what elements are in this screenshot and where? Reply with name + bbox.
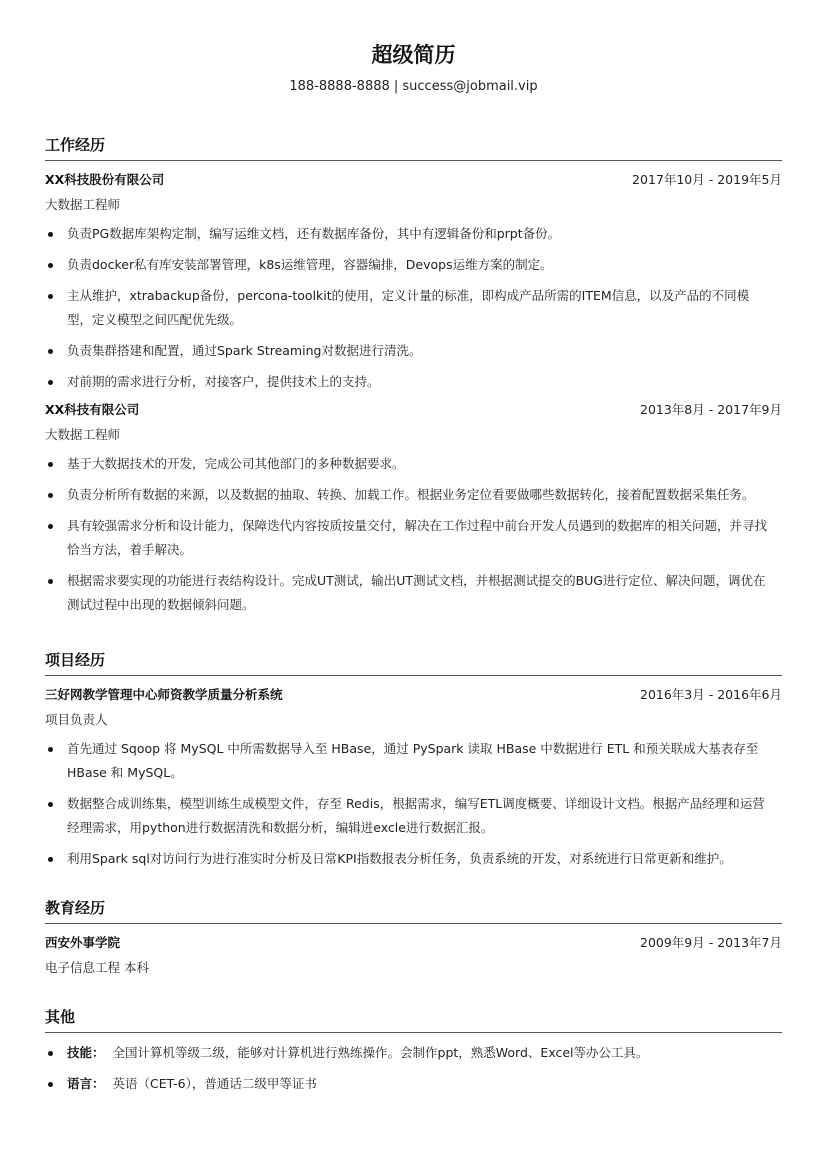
skills-text: 全国计算机等级二级，能够对计算机进行熟练操作。会制作ppt，熟悉Word、Exc… [113, 1045, 649, 1060]
bullet-icon [48, 349, 53, 354]
list-item: 首先通过 Sqoop 将 MySQL 中所需数据导入至 HBase，通过 PyS… [45, 737, 767, 785]
job-title: 大数据工程师 [45, 195, 782, 215]
section-title-projects: 项目经历 [45, 649, 782, 676]
education-entry: 西安外事学院 2009年9月 - 2013年7月 电子信息工程 本科 [45, 933, 782, 978]
job-title: 大数据工程师 [45, 425, 782, 445]
work-entry: XX科技股份有限公司 2017年10月 - 2019年5月 大数据工程师 负责P… [45, 170, 782, 394]
work-entry: XX科技有限公司 2013年8月 - 2017年9月 大数据工程师 基于大数据技… [45, 400, 782, 617]
list-item: 对前期的需求进行分析，对接客户，提供技术上的支持。 [45, 370, 767, 394]
bullet-icon [48, 747, 53, 752]
date-range: 2013年8月 - 2017年9月 [640, 400, 782, 420]
bullet-icon [48, 1082, 53, 1087]
bullet-icon [48, 493, 53, 498]
skills-label: 技能： [67, 1045, 105, 1060]
bullet-icon [48, 1051, 53, 1056]
date-range: 2017年10月 - 2019年5月 [632, 170, 782, 190]
degree: 电子信息工程 本科 [45, 958, 782, 978]
project-role: 项目负责人 [45, 710, 782, 730]
bullet-icon [48, 294, 53, 299]
bullet-icon [48, 380, 53, 385]
project-detail-list: 首先通过 Sqoop 将 MySQL 中所需数据导入至 HBase，通过 PyS… [45, 737, 782, 871]
bullet-icon [48, 462, 53, 467]
list-item: 负责分析所有数据的来源，以及数据的抽取、转换、加载工作。根据业务定位看要做哪些数… [45, 483, 767, 507]
bullet-icon [48, 232, 53, 237]
list-item: 语言：英语（CET-6），普通话二级甲等证书 [45, 1072, 767, 1096]
section-other: 其他 技能：全国计算机等级二级，能够对计算机进行熟练操作。会制作ppt，熟悉Wo… [45, 1006, 782, 1103]
list-item: 负责docker私有库安装部署管理，k8s运维管理，容器编排，Devops运维方… [45, 253, 767, 277]
bullet-icon [48, 263, 53, 268]
company-name: XX科技有限公司 [45, 400, 139, 420]
section-projects: 项目经历 三好网教学管理中心师资教学质量分析系统 2016年3月 - 2016年… [45, 649, 782, 878]
list-item: 利用Spark sql对访问行为进行准实时分析及日常KPI指数报表分析任务，负责… [45, 847, 767, 871]
bullet-icon [48, 524, 53, 529]
list-item: 技能：全国计算机等级二级，能够对计算机进行熟练操作。会制作ppt，熟悉Word、… [45, 1041, 767, 1065]
project-name: 三好网教学管理中心师资教学质量分析系统 [45, 685, 283, 705]
list-item: 根据需求要实现的功能进行表结构设计。完成UT测试，输出UT测试文档，并根据测试提… [45, 569, 767, 617]
bullet-icon [48, 857, 53, 862]
list-item: 数据整合成训练集，模型训练生成模型文件，存至 Redis，根据需求，编写ETL调… [45, 792, 767, 840]
date-range: 2016年3月 - 2016年6月 [640, 685, 782, 705]
bullet-icon [48, 579, 53, 584]
project-entry: 三好网教学管理中心师资教学质量分析系统 2016年3月 - 2016年6月 项目… [45, 685, 782, 871]
date-range: 2009年9月 - 2013年7月 [640, 933, 782, 953]
list-item: 基于大数据技术的开发，完成公司其他部门的多种数据要求。 [45, 452, 767, 476]
resume-name: 超级简历 [45, 40, 782, 70]
section-title-work: 工作经历 [45, 134, 782, 161]
responsibility-list: 负责PG数据库架构定制，编写运维文档，还有数据库备份，其中有逻辑备份和prpt备… [45, 222, 782, 394]
other-list: 技能：全国计算机等级二级，能够对计算机进行熟练操作。会制作ppt，熟悉Word、… [45, 1041, 782, 1096]
list-item: 主从维护，xtrabackup备份，percona-toolkit的使用，定义计… [45, 284, 767, 332]
list-item: 负责PG数据库架构定制，编写运维文档，还有数据库备份，其中有逻辑备份和prpt备… [45, 222, 767, 246]
list-item: 具有较强需求分析和设计能力，保障迭代内容按质按量交付，解决在工作过程中前台开发人… [45, 514, 767, 562]
section-title-other: 其他 [45, 1006, 782, 1033]
bullet-icon [48, 802, 53, 807]
responsibility-list: 基于大数据技术的开发，完成公司其他部门的多种数据要求。 负责分析所有数据的来源，… [45, 452, 782, 617]
language-label: 语言： [67, 1076, 105, 1091]
section-work: 工作经历 XX科技股份有限公司 2017年10月 - 2019年5月 大数据工程… [45, 134, 782, 624]
section-education: 教育经历 西安外事学院 2009年9月 - 2013年7月 电子信息工程 本科 [45, 897, 782, 978]
company-name: XX科技股份有限公司 [45, 170, 164, 190]
school-name: 西安外事学院 [45, 933, 120, 953]
language-text: 英语（CET-6），普通话二级甲等证书 [113, 1076, 317, 1091]
contact-info: 188-8888-8888 | success@jobmail.vip [45, 78, 782, 96]
list-item: 负责集群搭建和配置，通过Spark Streaming对数据进行清洗。 [45, 339, 767, 363]
section-title-education: 教育经历 [45, 897, 782, 924]
